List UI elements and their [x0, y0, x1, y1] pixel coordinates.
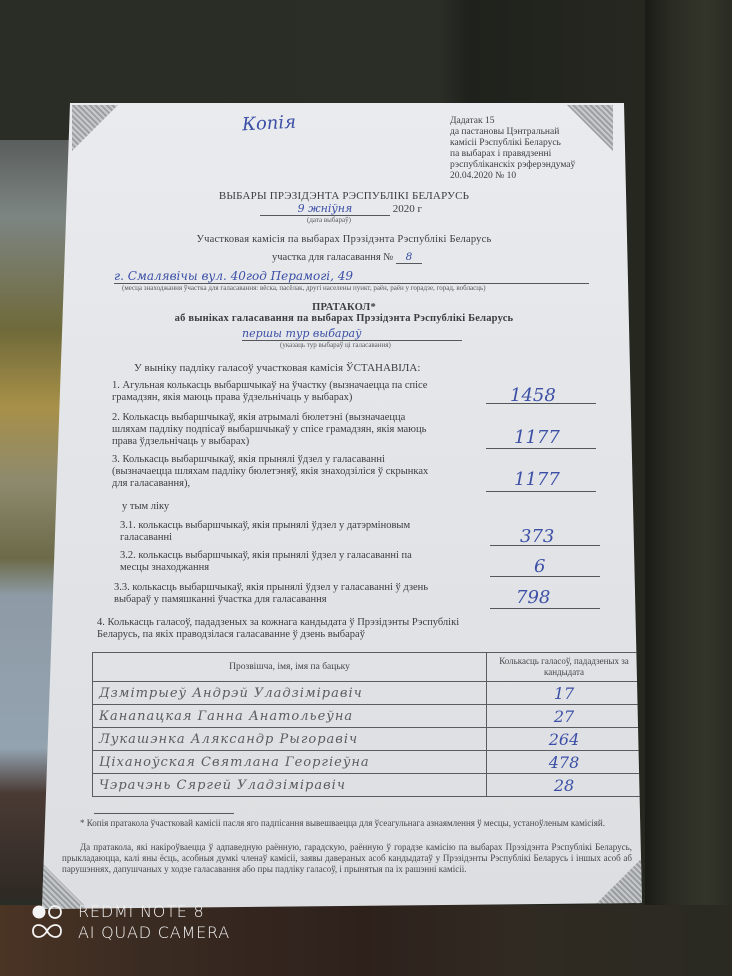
subitem-3-2-value: 6 — [534, 556, 545, 577]
intro-text: У выніку падліку галасоў участковая камі… — [134, 362, 420, 374]
year: 2020 г — [393, 203, 422, 215]
table-row: Лукашэнка Аляксандр Рыгоравіч 264 — [93, 728, 642, 751]
table-row: Ціханоўская Святлана Георгіеўна 478 — [93, 751, 642, 774]
table-row: Канапацкая Ганна Анатольеўна 27 — [93, 705, 642, 728]
candidate-votes: 264 — [487, 728, 642, 751]
subitem-3-2: 3.2. колькасць выбаршчыкаў, якія прынялі… — [120, 550, 440, 574]
item-3-value: 1177 — [514, 469, 560, 490]
election-date: 9 жніўня 2020 г — [260, 202, 460, 216]
column-header-votes: Колькасць галасоў, пададзеных за кандыда… — [487, 653, 642, 682]
precinct-number: 8 — [396, 251, 422, 264]
candidate-votes: 28 — [487, 774, 642, 797]
footnote-attachments: Да пратакола, які накіроўваецца ў адпаве… — [62, 842, 632, 875]
item-1: 1. Агульная колькасць выбаршчыкаў на ўча… — [112, 380, 452, 404]
item-2: 2. Колькасць выбаршчыкаў, якія атрымалі … — [112, 412, 442, 448]
column-header-name: Прозвішча, імя, імя па бацьку — [93, 653, 487, 682]
date-handwritten: 9 жніўня — [260, 202, 390, 216]
camera-logo-icon — [30, 902, 74, 942]
candidate-votes: 17 — [487, 682, 642, 705]
location-caption: (месца знаходжання ўчастка для галасаван… — [122, 284, 486, 292]
round-caption: (указаць тур выбараў ці галасавання) — [280, 341, 391, 349]
date-caption: (дата выбараў) — [307, 216, 351, 224]
subitem-3-3-value: 798 — [516, 587, 550, 608]
precinct: участка для галасавання № 8 — [272, 251, 422, 264]
candidate-votes: 27 — [487, 705, 642, 728]
item-2-value: 1177 — [514, 427, 560, 448]
candidates-table: Прозвішча, імя, імя па бацьку Колькасць … — [92, 652, 642, 797]
watermark-model: REDMI NOTE 8 — [78, 902, 204, 921]
subitem-3-1-value: 373 — [520, 526, 554, 547]
protocol-title: ПРАТАКОЛ* — [42, 302, 646, 313]
watermark-camera: AI QUAD CAMERA — [78, 923, 230, 942]
including-label: у тым ліку — [122, 501, 169, 513]
footnote-copy: * Копія пратакола ўчастковай камісіі пас… — [62, 818, 632, 829]
table-row: Чэрачэнь Сяргей Уладзіміравіч 28 — [93, 774, 642, 797]
round-handwritten: першы тур выбараў — [242, 327, 462, 341]
location-handwritten: г. Смалявічы вул. 40год Перамогі, 49 — [114, 269, 589, 284]
background-curtain-right — [645, 0, 732, 976]
candidate-name: Ціханоўская Святлана Георгіеўна — [93, 751, 487, 774]
tape-corner-icon — [72, 105, 118, 151]
annex-reference: Дадатак 15 да пастановы Цэнтральнай камі… — [450, 116, 575, 182]
candidate-name: Дзмітрыеў Андрэй Уладзіміравіч — [93, 682, 487, 705]
subitem-3-1: 3.1. колькасць выбаршчыкаў, якія прынялі… — [120, 520, 440, 544]
table-row: Дзмітрыеў Андрэй Уладзіміравіч 17 — [93, 682, 642, 705]
protocol-document: Копія Дадатак 15 да пастановы Цэнтральна… — [42, 103, 646, 909]
commission-name: Участковая камісія па выбарах Прэзідэнта… — [42, 234, 646, 245]
copy-stamp: Копія — [241, 112, 296, 136]
candidate-votes: 478 — [487, 751, 642, 774]
candidate-name: Лукашэнка Аляксандр Рыгоравіч — [93, 728, 487, 751]
candidate-name: Чэрачэнь Сяргей Уладзіміравіч — [93, 774, 487, 797]
item-4: 4. Колькасць галасоў, пададзеных за кожн… — [97, 617, 487, 641]
footnote-divider — [94, 813, 234, 814]
subitem-3-3: 3.3. колькасць выбаршчыкаў, якія прынялі… — [114, 582, 444, 606]
protocol-subtitle: аб выніках галасавання па выбарах Прэзід… — [42, 313, 646, 324]
election-title: ВЫБАРЫ ПРЭЗІДЭНТА РЭСПУБЛІКІ БЕЛАРУСЬ — [42, 190, 646, 202]
candidate-name: Канапацкая Ганна Анатольеўна — [93, 705, 487, 728]
item-3: 3. Колькасць выбаршчыкаў, якія прынялі ў… — [112, 454, 442, 490]
